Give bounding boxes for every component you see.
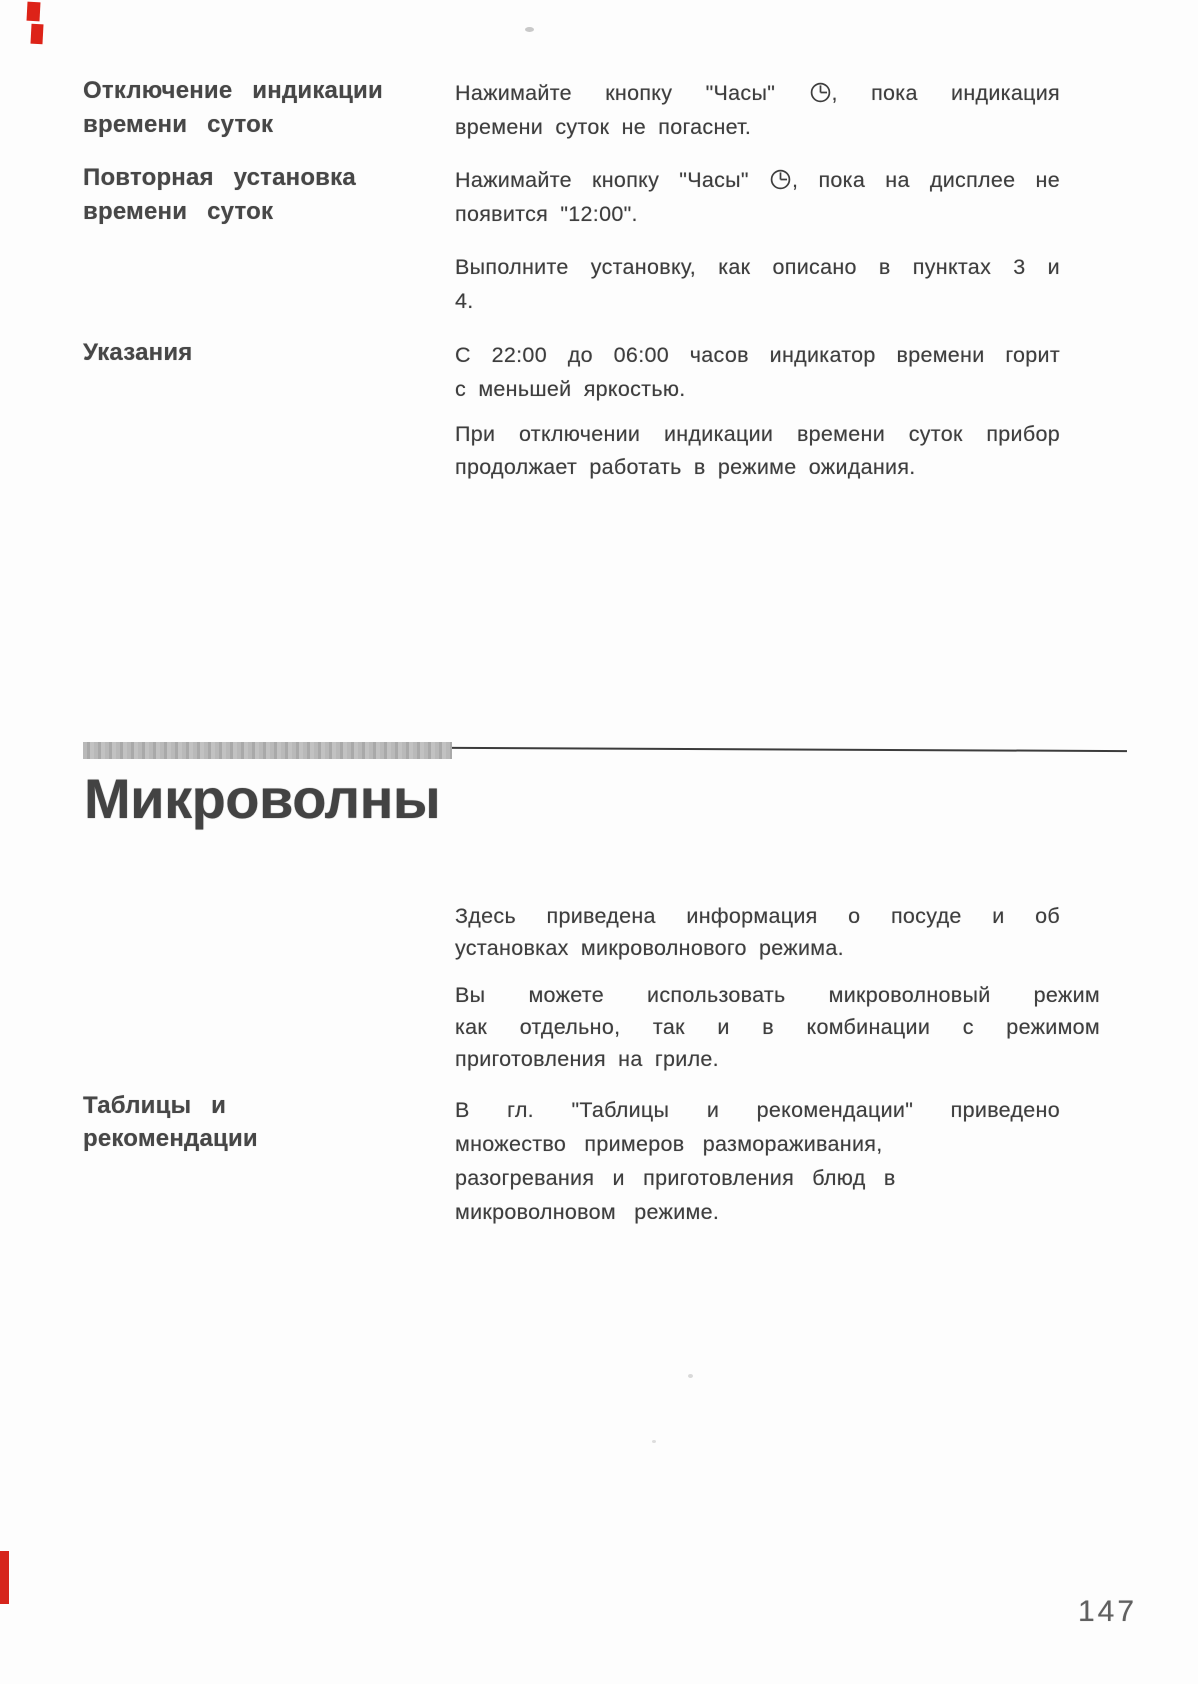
body-line: Вы можете использовать микроволновый реж… [455, 978, 1100, 1012]
heading-line: времени суток [83, 195, 356, 229]
scan-speck [652, 1440, 656, 1443]
red-pen-mark-top-upper [27, 2, 41, 22]
body-line: С 22:00 до 06:00 часов индикатор времени… [455, 338, 1060, 372]
heading-line: Указания [83, 336, 192, 370]
clock-icon [809, 81, 832, 104]
body-line: как отдельно, так и в комбинации с режим… [455, 1010, 1100, 1044]
heading-line: времени суток [83, 108, 383, 142]
body-line: с меньшей яркостью. [455, 372, 1060, 406]
heading-clock-display-off: Отключение индикации времени суток [83, 74, 383, 142]
section-title: Микроволны [84, 766, 440, 831]
red-pen-mark-top-lower [30, 24, 43, 45]
body-line: Здесь приведена информация о посуде и об [455, 899, 1060, 933]
page-number: 147 [1078, 1595, 1137, 1629]
scan-speck [525, 27, 534, 32]
red-pen-mark-left-edge [0, 1551, 9, 1604]
body-line: установках микроволнового режима. [455, 931, 1060, 965]
body-text: Нажимайте кнопку "Часы" [455, 81, 775, 105]
body-line: приготовления на гриле. [455, 1042, 1060, 1076]
body-line: 4. [455, 284, 1060, 318]
body-line: множество примеров размораживания, [455, 1127, 1060, 1161]
scan-speck [688, 1374, 693, 1378]
body-text: , пока индикация [832, 81, 1061, 105]
clock-icon [769, 168, 792, 191]
heading-line: Отключение индикации [83, 74, 383, 108]
body-line: микроволновом режиме. [455, 1195, 1060, 1229]
body-line: продолжает работать в режиме ожидания. [455, 450, 1060, 484]
heading-line: рекомендации [83, 1122, 258, 1155]
section-divider-bar [83, 742, 452, 759]
body-line: Выполните установку, как описано в пункт… [455, 250, 1060, 284]
manual-page: Отключение индикации времени суток Нажим… [0, 0, 1198, 1684]
body-text: , пока на дисплее не [792, 168, 1060, 192]
heading-line: Таблицы и [83, 1089, 258, 1122]
body-line: времени суток не погаснет. [455, 110, 1060, 144]
body-line: разогревания и приготовления блюд в [455, 1161, 1060, 1195]
body-text: Нажимайте кнопку "Часы" [455, 168, 749, 192]
heading-notes: Указания [83, 336, 192, 370]
body-line: При отключении индикации времени суток п… [455, 417, 1060, 451]
heading-clock-reset: Повторная установка времени суток [83, 161, 356, 229]
body-line: появится "12:00". [455, 197, 1060, 231]
heading-line: Повторная установка [83, 161, 356, 195]
heading-tables-recommendations: Таблицы и рекомендации [83, 1089, 258, 1155]
body-line: Нажимайте кнопку "Часы" , пока на диспле… [455, 163, 1060, 197]
body-line: Нажимайте кнопку "Часы" , пока индикация [455, 76, 1060, 110]
body-line: В гл. "Таблицы и рекомендации" приведено [455, 1093, 1060, 1127]
